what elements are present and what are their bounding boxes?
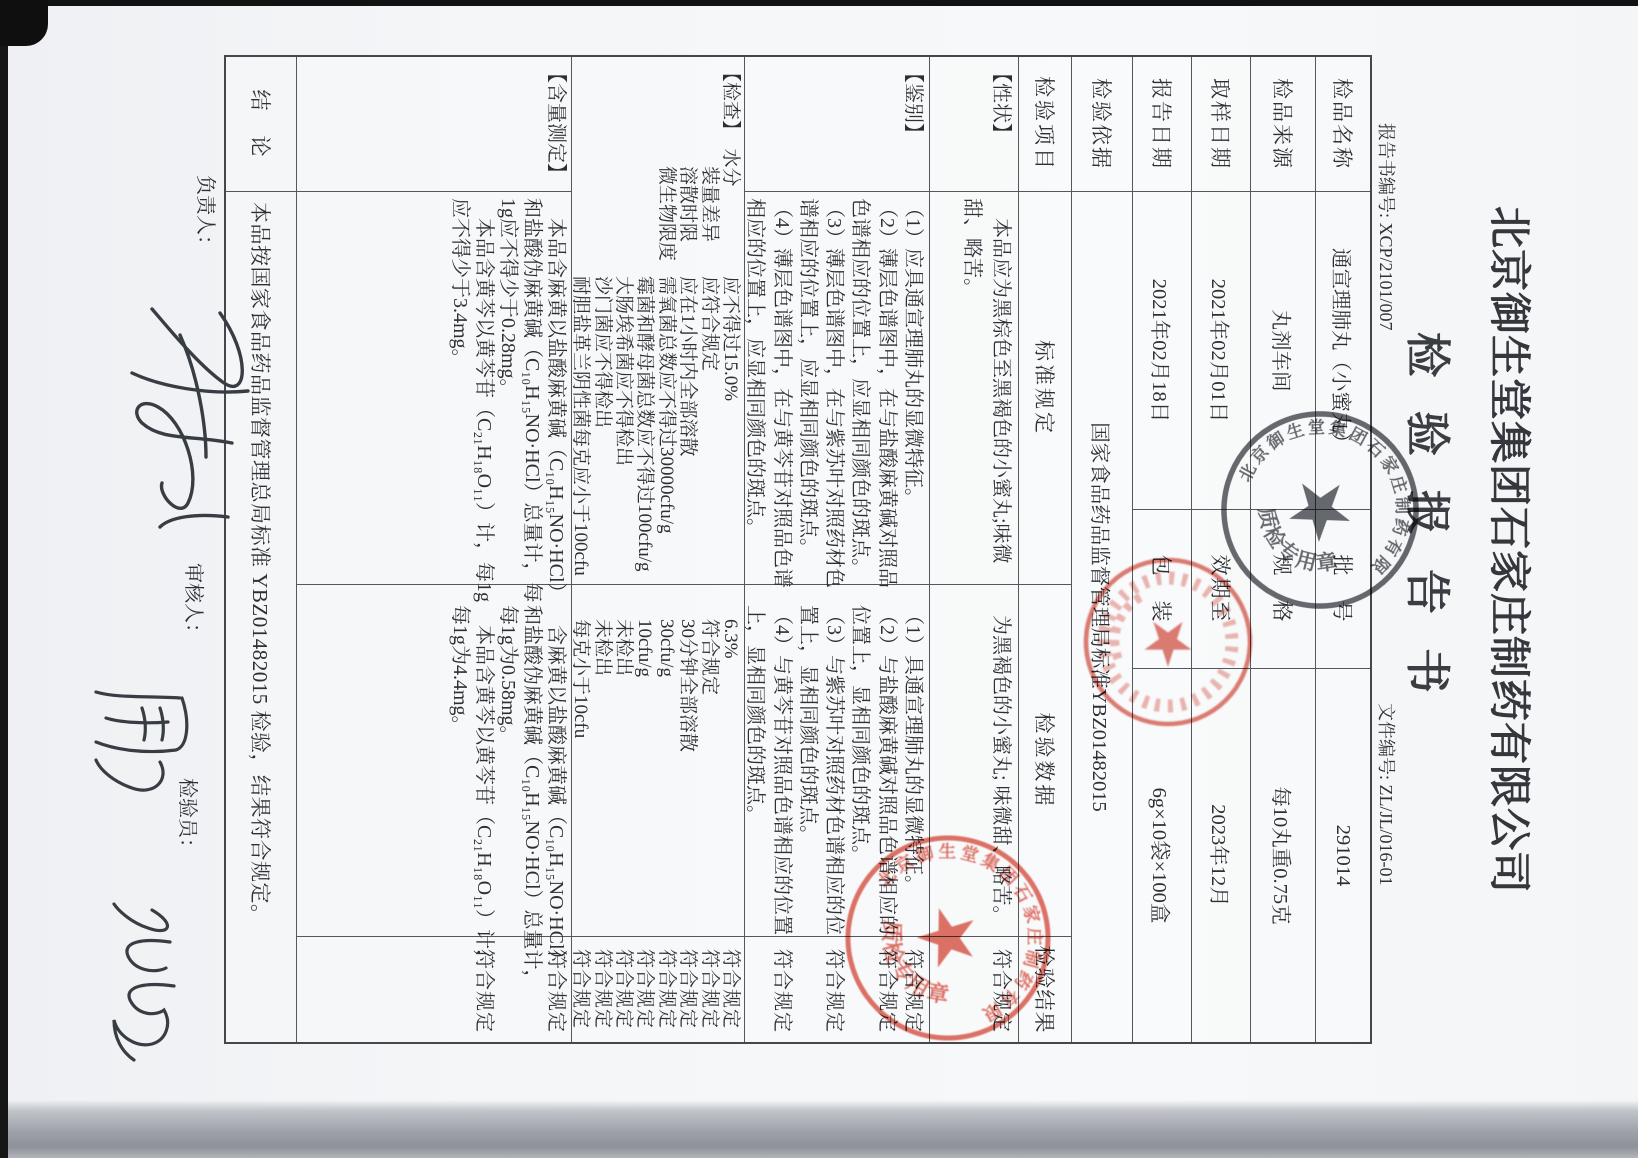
conclusion-label: 结 论 [226,57,296,192]
text-line: 本品含黄芩以黄芩苷（C₂₁H₁₈O₁₁）计， [472,585,496,936]
assay-data: 含麻黄以盐酸麻黄碱（C₁₀H₁₅NO·HCl）和盐酸伪麻黄碱（C₁₀H₁₅NO·… [297,585,571,937]
file-number-label: 文件编号: [1376,703,1396,780]
text-line: 霉菌和酵母菌总数应不得过100cfu/g [634,192,655,584]
spec-value: 每10丸重0.75克 [1251,669,1315,1042]
text-line: 1g应不得少于0.28mg。 [496,192,520,584]
text-line: 置上，显相同颜色的斑点。 [795,585,821,936]
text-line: 本品含黄芩以黄芩苷（C₂₁H₁₈O₁₁）计，每1g [472,192,496,584]
scan-edge-left [0,0,1638,6]
text-line: 符合规定 [613,937,634,1042]
text-line: 符合规定 [655,937,676,1042]
scanner-bed-band [0,1100,1638,1158]
text-line: 溶散时限 [677,57,698,192]
text-line: 【检查】 水分 [720,57,741,192]
text-line: 和盐酸伪麻黄碱（C₁₀H₁₅NO·HCl）总量计， [520,585,544,936]
text-line: 符合规定 [698,937,719,1042]
report-number-label: 报告书编号: [1376,123,1396,218]
text-line: 色谱相应的位置上，应显相同颜色的斑点。 [847,192,873,584]
text-line: 需氧菌总数应不得过30000cfu/g [655,192,676,584]
text-line: 符合规定 [544,937,568,1042]
text-line: （2）薄层色谱图中，在与盐酸麻黄碱对照品 [873,192,899,584]
text-line: 未检出 [613,585,634,936]
reviewer-signature [84,688,194,808]
text-line: 符合规定 [720,937,741,1042]
text-line: 应不得少于3.4mg。 [448,192,472,584]
text-line: 【含量测定】 [544,57,568,191]
text-line: 未检出 [591,585,612,936]
report-date-value: 2021年02月18日 [1133,192,1191,510]
sampling-date-label: 取样日期 [1192,57,1250,192]
text-line: 含麻黄以盐酸麻黄碱（C₁₀H₁₅NO·HCl） [544,585,568,936]
item-row-assay: 【含量测定】 本品含麻黄以盐酸麻黄碱（C₁₀H₁₅NO·HCl）和盐酸伪麻黄碱（… [296,57,571,1042]
text-line: 符合规定 [591,937,612,1042]
text-line [496,937,520,1042]
text-line: 本品含麻黄以盐酸麻黄碱（C₁₀H₁₅NO·HCl） [544,192,568,584]
item-row-checks: 【检查】 水分装量差异溶散时限微生物限度 应不得过15.0%应符合规定应在1小时… [571,57,744,1042]
basis-label: 检验依据 [1072,57,1132,192]
text-line: 每1g为0.58mg。 [496,585,520,936]
col-header-standard: 标准规定 [1019,192,1071,585]
identification-label: 【鉴别】 [745,57,929,192]
text-line: 甜、略苦。 [957,192,986,584]
scan-edge-bottom [0,0,8,1158]
file-number-value: ZL/JL/016-01 [1376,785,1396,886]
batch-number-value: 291014 [1316,669,1370,1042]
scanned-document-canvas: 北京御生堂集团石家庄制药有限公司 检验报告书 报告书编号: XCP/2101/0… [0,0,1638,1158]
text-line [448,937,472,1042]
checks-data: 6.3%符合规定30分钟全部溶散30cfu/g10cfu/g未检出未检出每克小于… [572,585,744,937]
checks-label: 【检查】 水分装量差异溶散时限微生物限度 [572,57,744,192]
inspector-signature [97,898,192,1068]
col-header-item: 检验项目 [1019,57,1071,192]
text-line: 相应的位置上，应显相同颜色的斑点。 [742,192,768,584]
text-line: 上，显相同颜色的斑点。 [742,585,768,936]
company-title: 北京御生堂集团石家庄制药有限公司 [1482,0,1542,1100]
text-line [520,937,544,1042]
text-line: 装量差异 [698,57,719,192]
reviewer-label: 审核人： [181,563,210,643]
text-line: 符合规定 [634,937,655,1042]
text-line: 耐胆盐革兰阴性菌每克应小于100cfu [570,192,591,584]
text-line: 符合规定 [570,937,591,1042]
text-line: 6.3% [720,585,741,936]
text-line: （4）薄层色谱图中，在与黄芩苷对照品色谱 [768,192,794,584]
checks-standard: 应不得过15.0%应符合规定应在1小时内全部溶散需氧菌总数应不得过30000cf… [572,192,744,585]
text-line: 微生物限度 [655,57,676,192]
report-number: 报告书编号: XCP/2101/007 [1374,123,1400,331]
sample-source-label: 检品来源 [1251,57,1315,192]
text-line: 每克小于10cfu [570,585,591,936]
text-line: （1）应具通宣理肺丸的显微特征。 [900,192,926,584]
sample-name-label: 检品名称 [1316,57,1370,192]
text-line: 本品应为黑棕色至黑褐色的小蜜丸;味微 [986,192,1015,584]
text-line: 大肠埃希菌应不得检出 [613,192,634,584]
report-number-value: XCP/2101/007 [1376,223,1396,331]
identification-standard: （1）应具通宣理肺丸的显微特征。（2）薄层色谱图中，在与盐酸麻黄碱对照品色谱相应… [745,192,929,585]
text-line: 符合规定 [472,937,496,1042]
text-line: 应在1小时内全部溶散 [677,192,698,584]
file-number: 文件编号: ZL/JL/016-01 [1374,703,1400,886]
text-line [795,937,821,1042]
text-line: 应不得过15.0% [720,192,741,584]
text-line: 应符合规定 [698,192,719,584]
text-line: 谱相应的位置上，应显相同颜色的斑点。 [795,192,821,584]
text-line: 【鉴别】 [900,57,926,191]
text-line [742,937,768,1042]
document-page: 北京御生堂集团石家庄制药有限公司 检验报告书 报告书编号: XCP/2101/0… [0,0,1638,1158]
text-line: 【性状】 [986,57,1015,191]
scan-corner-shadow [0,0,48,46]
text-line: 符合规定 [677,937,698,1042]
text-line: 符合规定 [698,585,719,936]
text-line: 每1g为4.4mg。 [448,585,472,936]
report-date-label: 报告日期 [1133,57,1191,192]
text-line: 沙门菌应不得检出 [591,192,612,584]
text-line: （3）薄层色谱图中，在与紫苏叶对照药材色 [821,192,847,584]
assay-label: 【含量测定】 [297,57,571,192]
responsible-person-signature [113,295,258,565]
text-line: 30cfu/g [655,585,676,936]
checks-result: 符合规定符合规定符合规定符合规定符合规定符合规定符合规定符合规定 [572,937,744,1042]
text-line: 符合规定 [768,937,794,1042]
appearance-standard: 本品应为黑棕色至黑褐色的小蜜丸;味微甜、略苦。 [930,192,1018,585]
text-line: 和盐酸伪麻黄碱（C₁₀H₁₅NO·HCl）总量计，每 [520,192,544,584]
text-line: （4）与黄芩苷对照品色谱相应的位置 [768,585,794,936]
appearance-label: 【性状】 [930,57,1018,192]
text-line: 30分钟全部溶散 [677,585,698,936]
text-line: 10cfu/g [634,585,655,936]
assay-standard: 本品含麻黄以盐酸麻黄碱（C₁₀H₁₅NO·HCl）和盐酸伪麻黄碱（C₁₀H₁₅N… [297,192,571,585]
assay-result: 符合规定 符合规定 [297,937,571,1042]
responsible-person-label: 负责人： [193,175,222,255]
